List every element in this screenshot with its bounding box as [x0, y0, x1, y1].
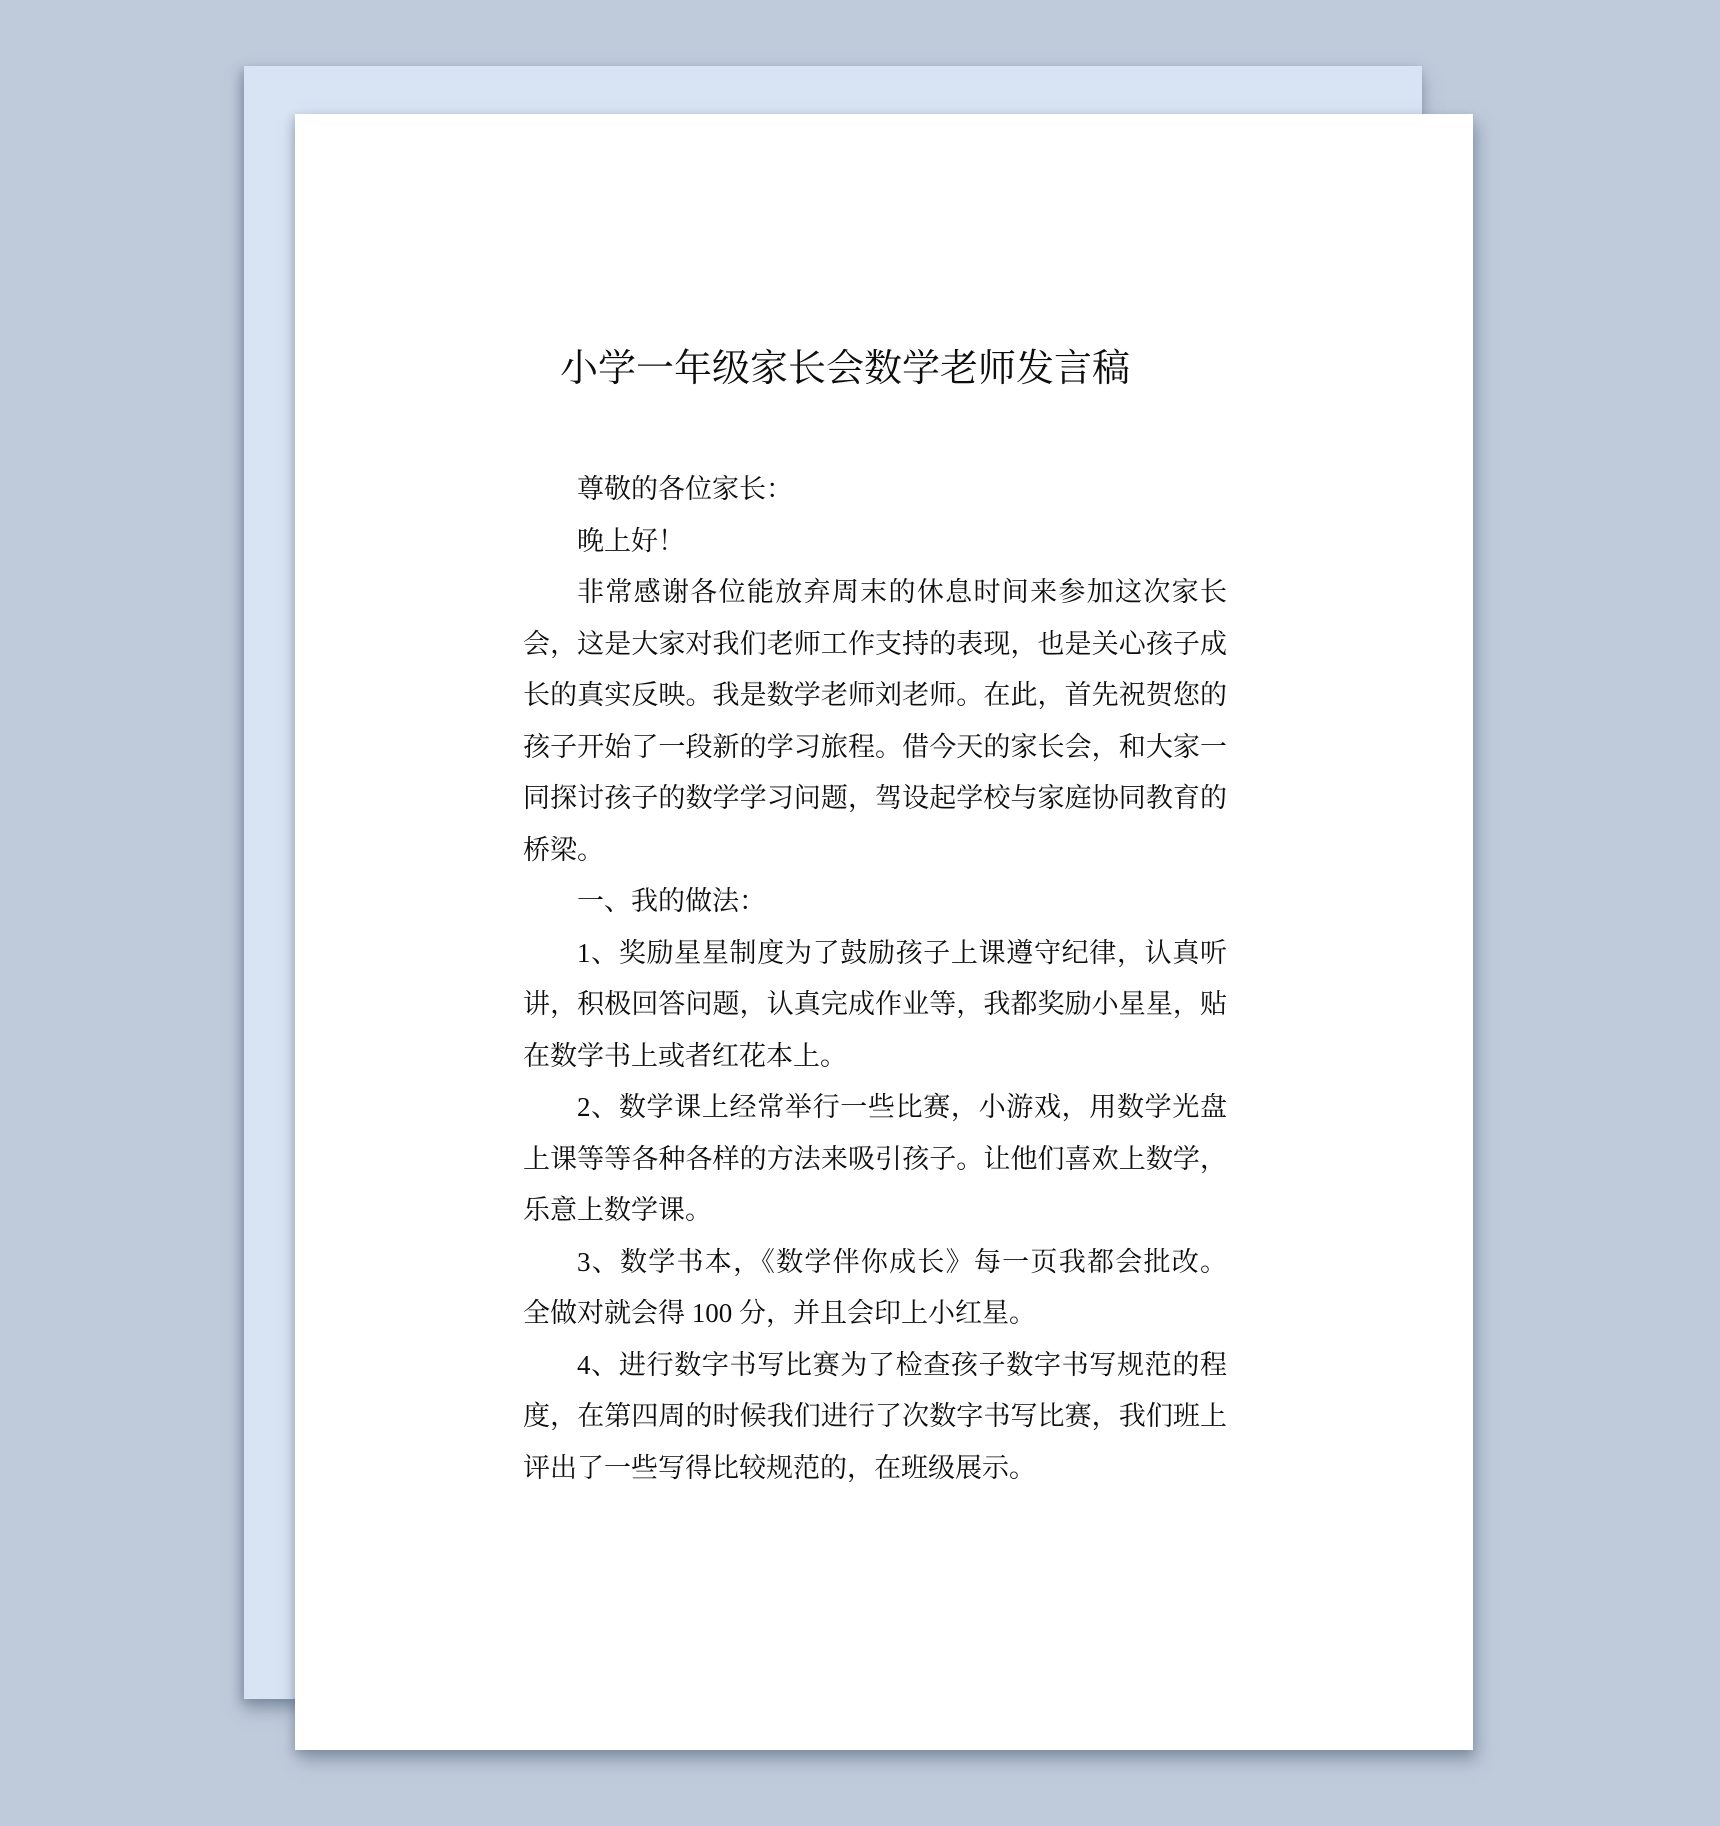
text-line: 孩子开始了一段新的学习旅程。借今天的家长会，和大家一 [523, 722, 1227, 774]
text-line: 桥梁。 [523, 825, 1227, 877]
text-line: 评出了一些写得比较规范的，在班级展示。 [523, 1443, 1227, 1495]
document-title: 小学一年级家长会数学老师发言稿 [493, 339, 1197, 399]
text-line: 乐意上数学课。 [523, 1185, 1227, 1237]
text-line: 2、数学课上经常举行一些比赛，小游戏，用数学光盘 [523, 1082, 1227, 1134]
text-line: 1、奖励星星制度为了鼓励孩子上课遵守纪律，认真听 [523, 928, 1227, 980]
text-line: 会，这是大家对我们老师工作支持的表现，也是关心孩子成 [523, 619, 1227, 671]
text-line: 全做对就会得 100 分，并且会印上小红星。 [523, 1288, 1227, 1340]
text-line: 度，在第四周的时候我们进行了次数字书写比赛，我们班上 [523, 1391, 1227, 1443]
document-body: 尊敬的各位家长：晚上好！非常感谢各位能放弃周末的休息时间来参加这次家长会，这是大… [523, 464, 1227, 1494]
text-line: 非常感谢各位能放弃周末的休息时间来参加这次家长 [523, 567, 1227, 619]
text-line: 在数学书上或者红花本上。 [523, 1031, 1227, 1083]
text-line: 同探讨孩子的数学学习问题，驾设起学校与家庭协同教育的 [523, 773, 1227, 825]
text-line: 一、我的做法： [523, 876, 1227, 928]
text-line: 4、进行数字书写比赛为了检查孩子数字书写规范的程 [523, 1340, 1227, 1392]
text-line: 晚上好！ [523, 516, 1227, 568]
text-line: 3、数学书本，《数学伴你成长》每一页我都会批改。 [523, 1237, 1227, 1289]
text-line: 讲，积极回答问题，认真完成作业等，我都奖励小星星，贴 [523, 979, 1227, 1031]
document-page: 小学一年级家长会数学老师发言稿 尊敬的各位家长：晚上好！非常感谢各位能放弃周末的… [295, 114, 1473, 1750]
document-viewer-background: 小学一年级家长会数学老师发言稿 尊敬的各位家长：晚上好！非常感谢各位能放弃周末的… [0, 0, 1720, 1826]
text-line: 上课等等各种各样的方法来吸引孩子。让他们喜欢上数学， [523, 1134, 1227, 1186]
page-content: 小学一年级家长会数学老师发言稿 尊敬的各位家长：晚上好！非常感谢各位能放弃周末的… [523, 114, 1227, 1494]
text-line: 长的真实反映。我是数学老师刘老师。在此，首先祝贺您的 [523, 670, 1227, 722]
text-line: 尊敬的各位家长： [523, 464, 1227, 516]
